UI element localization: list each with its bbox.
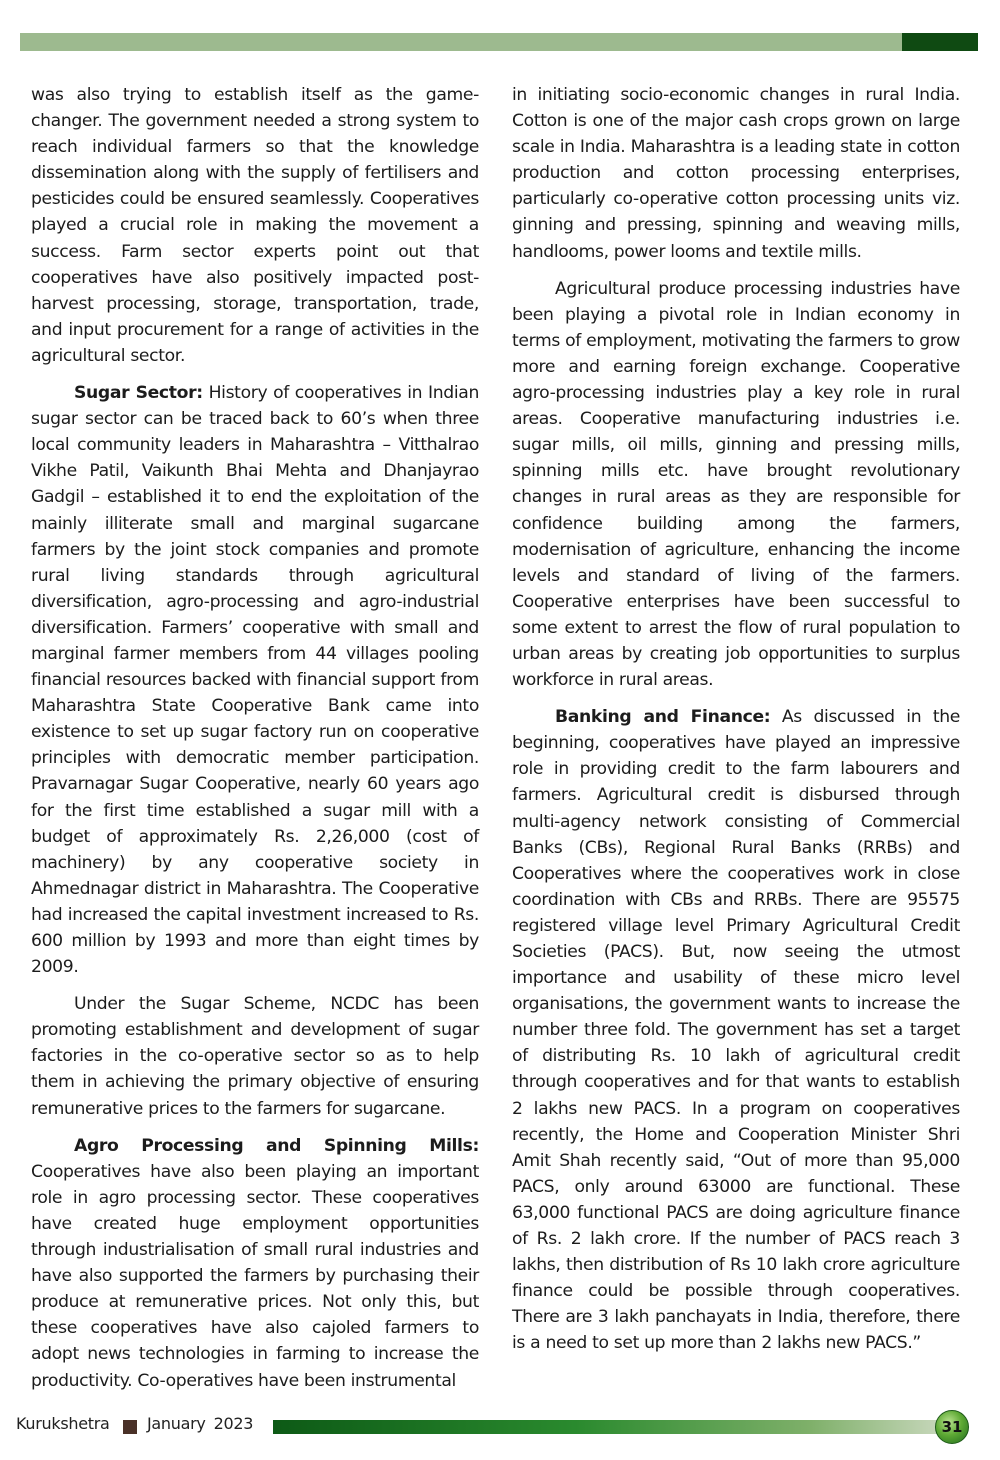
section-heading: Sugar Sector: xyxy=(74,383,203,403)
page-number-badge: 31 xyxy=(935,1410,969,1444)
page-number: 31 xyxy=(942,1418,963,1436)
issue-month: January xyxy=(147,1414,206,1433)
paragraph-body: History of cooperatives in Indian sugar … xyxy=(31,383,479,977)
magazine-name: Kurukshetra xyxy=(16,1414,110,1433)
paragraph: Under the Sugar Scheme, NCDC has been pr… xyxy=(31,991,479,1121)
square-separator-icon xyxy=(123,1420,137,1434)
issue-year: 2023 xyxy=(214,1414,254,1433)
section-heading: Agro Processing and Spinning Mills: xyxy=(74,1136,479,1156)
paragraph: in initiating socio-economic changes in … xyxy=(512,82,960,265)
paragraph-body: As discussed in the beginning, cooperati… xyxy=(512,707,960,1353)
section-agro-processing: Agro Processing and Spinning Mills: Coop… xyxy=(31,1133,479,1394)
paragraph-body: Cooperatives have also been playing an i… xyxy=(31,1162,479,1391)
page-footer: Kurukshetra January2023 31 xyxy=(0,1410,1000,1440)
section-sugar-sector: Sugar Sector: History of cooperatives in… xyxy=(31,380,479,980)
right-column: in initiating socio-economic changes in … xyxy=(512,82,960,1368)
left-column: was also trying to establish itself as t… xyxy=(31,82,479,1405)
header-rule-accent xyxy=(902,33,978,51)
paragraph: Agricultural produce processing industri… xyxy=(512,276,960,694)
paragraph: was also trying to establish itself as t… xyxy=(31,82,479,369)
section-banking-finance: Banking and Finance: As discussed in the… xyxy=(512,704,960,1356)
section-heading: Banking and Finance: xyxy=(555,707,770,727)
issue-date: January2023 xyxy=(147,1414,253,1433)
footer-rule xyxy=(273,1420,945,1434)
header-rule xyxy=(20,33,978,51)
